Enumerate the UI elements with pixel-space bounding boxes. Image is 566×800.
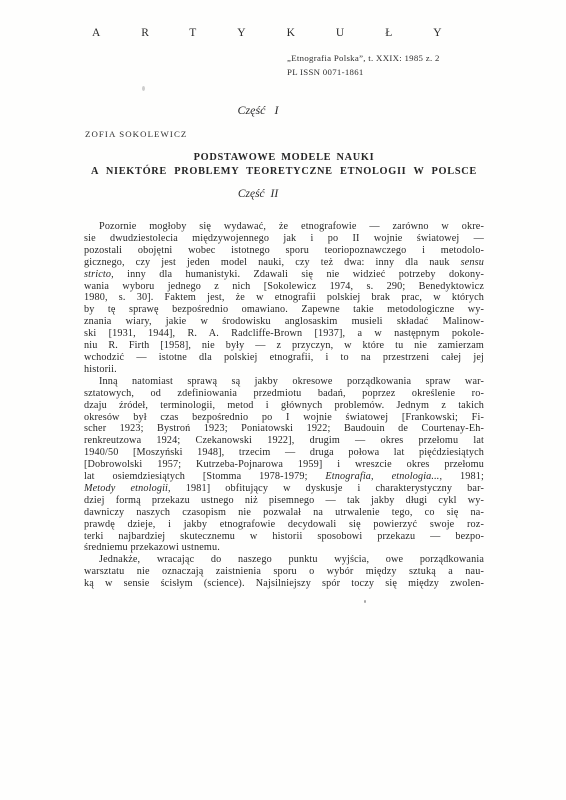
text-segment: warsztatu nie oznaczają zaistnienia spor… [84,566,484,577]
text-line: Inną natomiast sprawą są jakby okresowe … [84,376,484,388]
text-segment: lat osiemdziesiątych [Stomma 1978-1979; [84,471,325,482]
text-segment: by tę sprawę bezpośrednio omawiano. Zape… [84,304,484,315]
scanned-page: ARTYKUŁY „Etnografia Polska”, t. XXIX: 1… [0,0,566,800]
text-segment: scher 1923; Bystroń 1923; Poniatowski 19… [84,423,484,434]
author-name: ZOFIA SOKOLEWICZ [85,129,187,139]
text-line: dzaju źródeł, terminologii, metod i głów… [84,400,484,412]
text-line: [Dobrowolski 1957; Kutrzeba-Pojnarowa 19… [84,459,484,471]
text-line: pozostali obojętni wobec istotnego sporu… [84,245,484,257]
text-line: Jednakże, wracając do naszego punktu wyj… [84,554,484,566]
text-line: by tę sprawę bezpośrednio omawiano. Zape… [84,304,484,316]
text-line: Pozornie mogłoby się wydawać, że etnogra… [84,221,484,233]
text-segment: niu R. Firth [1958], nie były — z przycz… [84,340,484,351]
italic-text: sensu [461,257,484,268]
text-line: historii. [84,364,484,376]
text-line: lat osiemdziesiątych [Stomma 1978-1979; … [84,471,484,483]
part-label-top: Część I [160,103,356,118]
italic-text: stricto, [84,269,114,280]
text-segment: Pozornie mogłoby się wydawać, że etnogra… [99,221,484,232]
text-line: średniemu przekazowi ustnemu. [84,542,484,554]
text-line: sie dwudziestolecia międzywojennego jak … [84,233,484,245]
text-line: wchodzić — istotne dla polskiej etnograf… [84,352,484,364]
title-line-1: PODSTAWOWE MODELE NAUKI [84,151,484,165]
text-segment: prawdę dzieje, i jakby etnografowie decy… [84,519,484,530]
article-title: PODSTAWOWE MODELE NAUKI A NIEKTÓRE PROBL… [84,151,484,179]
text-segment: 1980, s. 30]. Faktem jest, że w etnograf… [84,292,484,303]
text-line: gicznego, czy jest jeden model nauki, cz… [84,257,484,269]
text-segment: inny dla humanistyki. Zdawali się nie wi… [114,269,484,280]
text-line: dawniczy naszych czasopism nie pozwalał … [84,507,484,519]
text-segment: 1940/50 [Moszyński 1948], trzecim — drug… [84,447,484,458]
text-segment: Jednakże, wracając do naszego punktu wyj… [99,554,484,565]
part-label-section: Część II [160,188,356,200]
text-segment: okresów był czas bezpośrednio po I wojni… [84,412,484,423]
text-line: warsztatu nie oznaczają zaistnienia spor… [84,566,484,578]
text-line: znania wiary, jakie w środowisku anglosa… [84,316,484,328]
text-segment: renkreutzowa 1924; Czekanowski 1922], dr… [84,435,484,446]
text-segment: ką w sensie ścisłym (science). Najsilnie… [84,578,484,589]
text-line: wania wyboru jednego z nich [Sokolewicz … [84,281,484,293]
text-segment: terki najbardziej skutecznemu w historii… [84,531,484,542]
text-line: ką w sensie ścisłym (science). Najsilnie… [84,578,484,590]
text-line: Metody etnologii, 1981] obfitujący w dys… [84,483,484,495]
text-segment: 1981; [442,471,484,482]
text-line: okresów był czas bezpośrednio po I wojni… [84,412,484,424]
text-line: stricto, inny dla humanistyki. Zdawali s… [84,269,484,281]
text-segment: pozostali obojętni wobec istotnego sporu… [84,245,484,256]
text-line: niu R. Firth [1958], nie były — z przycz… [84,340,484,352]
text-segment: znania wiary, jakie w środowisku anglosa… [84,316,484,327]
italic-text: Metody etnologii, [84,483,171,494]
text-line: renkreutzowa 1924; Czekanowski 1922], dr… [84,435,484,447]
section-header: ARTYKUŁY [92,27,483,39]
journal-title-line: „Etnografia Polska”, t. XXIX: 1985 z. 2 [287,52,440,66]
text-segment: średniemu przekazowi ustnemu. [84,542,220,553]
title-line-2: A NIEKTÓRE PROBLEMY TEORETYCZNE ETNOLOGI… [84,165,484,179]
scan-speck [142,86,145,91]
text-line: ski [1931, 1944], R. A. Radcliffe-Brown … [84,328,484,340]
text-segment: gicznego, czy jest jeden model nauki, cz… [84,257,461,268]
text-segment: Inną natomiast sprawą są jakby okresowe … [99,376,484,387]
text-segment: 1981] obfitujący w dyskusje i charaktery… [171,483,484,494]
text-segment: wchodzić — istotne dla polskiej etnograf… [84,352,484,363]
text-line: dziej formą przekazu ustnego niż pisemne… [84,495,484,507]
text-segment: sztatowych, od zdefiniowania przedmiotu … [84,388,484,399]
italic-text: Etnografia, etnologia..., [325,471,442,482]
text-line: 1980, s. 30]. Faktem jest, że w etnograf… [84,292,484,304]
text-segment: wania wyboru jednego z nich [Sokolewicz … [84,281,484,292]
text-segment: dzaju źródeł, terminologii, metod i głów… [84,400,484,411]
scan-speck [364,600,366,603]
text-segment: ski [1931, 1944], R. A. Radcliffe-Brown … [84,328,484,339]
text-line: scher 1923; Bystroń 1923; Poniatowski 19… [84,423,484,435]
text-segment: dawniczy naszych czasopism nie pozwalał … [84,507,484,518]
text-line: terki najbardziej skutecznemu w historii… [84,531,484,543]
text-segment: sie dwudziestolecia międzywojennego jak … [84,233,484,244]
text-line: 1940/50 [Moszyński 1948], trzecim — drug… [84,447,484,459]
article-body: Pozornie mogłoby się wydawać, że etnogra… [84,221,484,590]
issn-line: PL ISSN 0071-1861 [287,66,440,80]
text-line: sztatowych, od zdefiniowania przedmiotu … [84,388,484,400]
journal-reference: „Etnografia Polska”, t. XXIX: 1985 z. 2 … [287,52,440,79]
text-segment: dziej formą przekazu ustnego niż pisemne… [84,495,484,506]
text-segment: [Dobrowolski 1957; Kutrzeba-Pojnarowa 19… [84,459,484,470]
text-line: prawdę dzieje, i jakby etnografowie decy… [84,519,484,531]
text-segment: historii. [84,364,117,375]
